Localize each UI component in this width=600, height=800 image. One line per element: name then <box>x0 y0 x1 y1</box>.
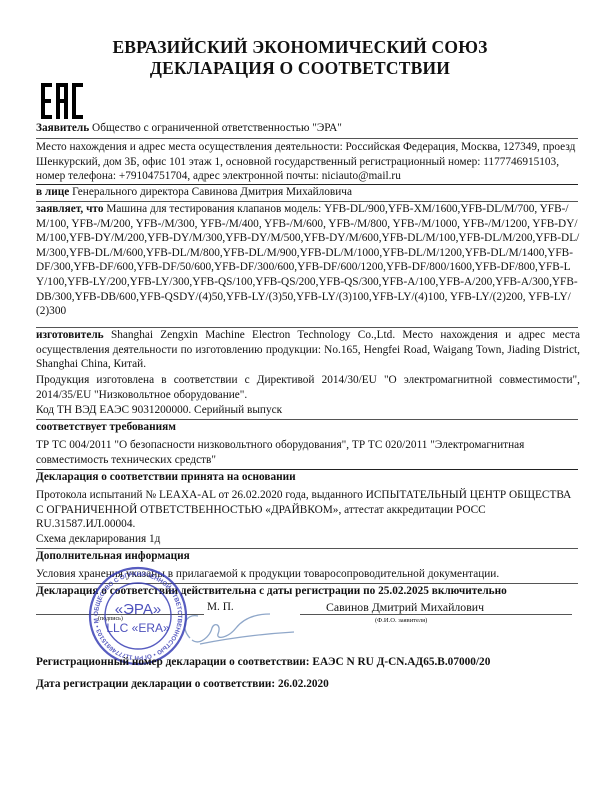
signatory-name: Савинов Дмитрий Михайлович <box>326 600 484 615</box>
registration-date: 26.02.2020 <box>278 678 329 690</box>
name-caption: (Ф.И.О. заявителя) <box>375 617 427 624</box>
directive-text: Продукция изготовлена в соответствии с Д… <box>36 373 580 402</box>
company-stamp-icon: ОБЩЕСТВО С ОГРАНИЧЕННОЙ ОТВЕТСТВЕННОСТЬЮ… <box>88 566 188 666</box>
declaration-scheme: Схема декларирования 1д <box>36 532 580 547</box>
manufacturer-block: изготовитель Shanghai Zengxin Machine El… <box>36 328 580 372</box>
declares-block: заявляет, что Машина для тестирования кл… <box>36 202 580 319</box>
product-models: Машина для тестирования клапанов модель:… <box>36 203 579 317</box>
divider <box>36 138 578 139</box>
hs-code: Код ТН ВЭД ЕАЭС 9031200000. Серийный вып… <box>36 403 580 418</box>
applicant-row: Заявитель Общество с ограниченной ответс… <box>36 121 580 136</box>
additional-label: Дополнительная информация <box>36 549 580 564</box>
manufacturer-value: Shanghai Zengxin Machine Electron Techno… <box>36 329 580 370</box>
eac-logo-icon <box>41 83 85 119</box>
handwritten-signature-icon <box>170 608 300 653</box>
requirements-label: соответствует требованиям <box>36 420 580 435</box>
basis-label: Декларация о соответствии принята на осн… <box>36 470 580 485</box>
represented-value: Генерального директора Савинова Дмитрия … <box>72 186 352 198</box>
requirements-value: ТР ТС 004/2011 "О безопасности низковоль… <box>36 438 580 467</box>
applicant-value: Общество с ограниченной ответственностью… <box>92 122 342 134</box>
svg-text:«ЭРА»: «ЭРА» <box>115 601 161 618</box>
basis-protocol: Протокола испытаний № LEAXA-AL от 26.02.… <box>36 488 580 532</box>
union-title: ЕВРАЗИЙСКИЙ ЭКОНОМИЧЕСКИЙ СОЮЗ <box>0 37 600 58</box>
address-block: Место нахождения и адрес места осуществл… <box>36 140 580 184</box>
registration-number: ЕАЭС N RU Д-CN.АД65.В.07000/20 <box>312 656 490 668</box>
document-title: ДЕКЛАРАЦИЯ О СООТВЕТСТВИИ <box>0 58 600 79</box>
registration-date-row: Дата регистрации декларации о соответств… <box>36 677 580 692</box>
represented-row: в лице Генерального директора Савинова Д… <box>36 185 580 200</box>
registration-number-row: Регистрационный номер декларации о соотв… <box>36 655 580 670</box>
registration-number-label: Регистрационный номер декларации о соотв… <box>36 656 310 668</box>
declares-label: заявляет, что <box>36 203 103 215</box>
represented-label: в лице <box>36 186 69 198</box>
applicant-label: Заявитель <box>36 122 89 134</box>
registration-date-label: Дата регистрации декларации о соответств… <box>36 678 275 690</box>
manufacturer-label: изготовитель <box>36 329 104 341</box>
svg-text:LLC «ERA»: LLC «ERA» <box>106 621 170 635</box>
